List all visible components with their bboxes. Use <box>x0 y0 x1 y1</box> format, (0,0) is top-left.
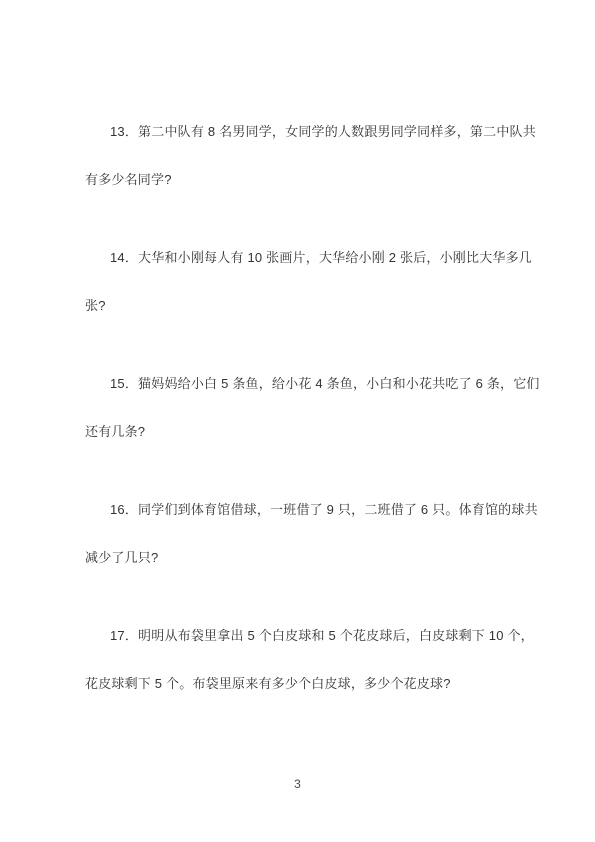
page-number: 3 <box>0 775 595 793</box>
problem-line: 17．明明从布袋里拿出 5 个白皮球和 5 个花皮球后，白皮球剩下 10 个， <box>85 612 509 660</box>
problem-16: 16．同学们到体育馆借球，一班借了 9 只，二班借了 6 只。体育馆的球共 减少… <box>85 486 509 582</box>
problem-line: 张? <box>85 282 509 330</box>
problem-line: 还有几条? <box>85 408 509 456</box>
problem-13: 13．第二中队有 8 名男同学，女同学的人数跟男同学同样多，第二中队共 有多少名… <box>85 108 509 204</box>
problem-line: 减少了几只? <box>85 534 509 582</box>
problem-14: 14．大华和小刚每人有 10 张画片，大华给小刚 2 张后，小刚比大华多几 张? <box>85 234 509 330</box>
problem-line: 13．第二中队有 8 名男同学，女同学的人数跟男同学同样多，第二中队共 <box>85 108 509 156</box>
problem-line: 花皮球剩下 5 个。布袋里原来有多少个白皮球，多少个花皮球? <box>85 660 509 708</box>
problem-line: 有多少名同学? <box>85 156 509 204</box>
problem-line: 14．大华和小刚每人有 10 张画片，大华给小刚 2 张后，小刚比大华多几 <box>85 234 509 282</box>
problem-17: 17．明明从布袋里拿出 5 个白皮球和 5 个花皮球后，白皮球剩下 10 个， … <box>85 612 509 708</box>
problem-line: 15．猫妈妈给小白 5 条鱼，给小花 4 条鱼，小白和小花共吃了 6 条，它们 <box>85 360 509 408</box>
document-page: 13．第二中队有 8 名男同学，女同学的人数跟男同学同样多，第二中队共 有多少名… <box>0 0 595 842</box>
problem-list: 13．第二中队有 8 名男同学，女同学的人数跟男同学同样多，第二中队共 有多少名… <box>0 0 595 708</box>
problem-15: 15．猫妈妈给小白 5 条鱼，给小花 4 条鱼，小白和小花共吃了 6 条，它们 … <box>85 360 509 456</box>
problem-line: 16．同学们到体育馆借球，一班借了 9 只，二班借了 6 只。体育馆的球共 <box>85 486 509 534</box>
